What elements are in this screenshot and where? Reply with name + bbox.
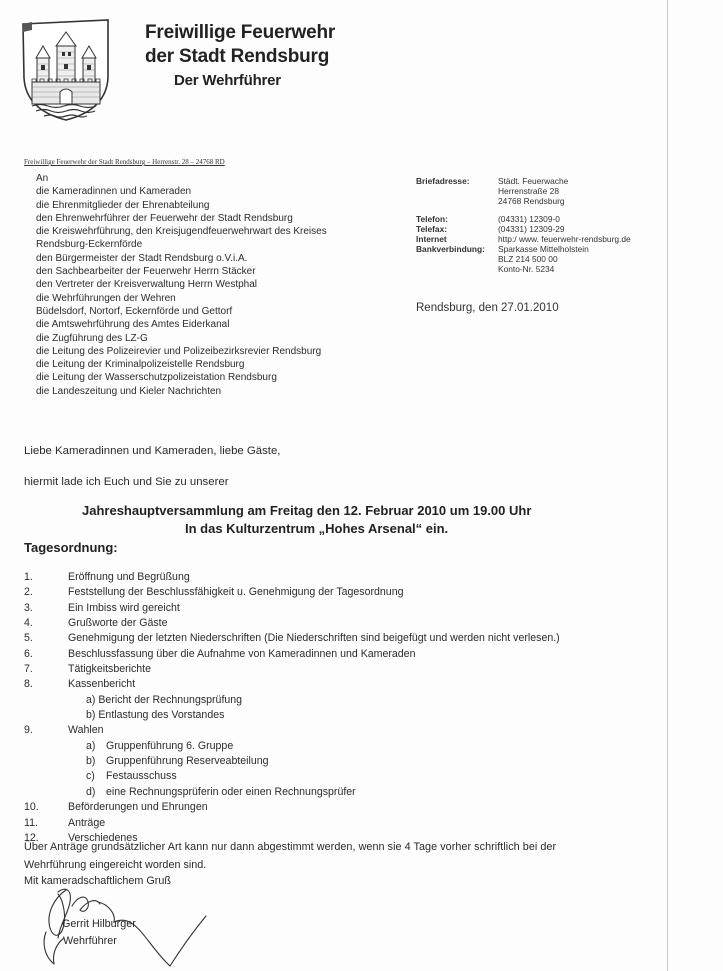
internet-link[interactable]: http:/ www. feuerwehr-rendsburg.de — [498, 234, 631, 244]
fax-value: (04331) 12309-29 — [498, 224, 565, 234]
recipient-line: die Leitung der Kriminalpolizeistelle Re… — [36, 358, 327, 371]
agenda-number: 3. — [24, 601, 68, 616]
agenda-subitem: b) Entlastung des Vorstandes — [24, 708, 560, 723]
recipient-line: An — [36, 172, 327, 185]
agenda-item: 10.Beförderungen und Ehrungen — [24, 800, 560, 815]
agenda-number: 5. — [24, 631, 68, 646]
note-line: Über Anträge grundsätzlicher Art kann nu… — [24, 841, 556, 853]
agenda-number: 11. — [24, 816, 68, 831]
recipient-line: die Zugführung des LZ-G — [36, 332, 327, 345]
bank-line: BLZ 214 500 00 — [498, 254, 558, 264]
contact-info: Briefadresse:Städt. Feuerwache Herrenstr… — [416, 176, 631, 274]
phone-label: Telefon: — [416, 214, 498, 224]
agenda-text: Wahlen — [68, 723, 104, 738]
invitation-text: hiermit lade ich Euch und Sie zu unserer — [24, 476, 229, 488]
agenda-item: 4.Grußworte der Gäste — [24, 616, 560, 631]
agenda-number: 1. — [24, 570, 68, 585]
agenda-text: Eröffnung und Begrüßung — [68, 570, 190, 585]
address-line: Herrenstraße 28 — [498, 186, 559, 196]
subitem-text: eine Rechnungsprüferin oder einen Rechnu… — [106, 786, 356, 798]
agenda-number: 7. — [24, 662, 68, 677]
recipient-line: Rendsburg-Eckernförde — [36, 238, 327, 251]
agenda-number: 4. — [24, 616, 68, 631]
recipient-line: Büdelsdorf, Nortorf, Eckernförde und Get… — [36, 305, 327, 318]
agenda-subitem: d)eine Rechnungsprüferin oder einen Rech… — [24, 785, 560, 800]
letterhead-title: Freiwillige Feuerwehr — [145, 22, 335, 44]
signer-name: Gerrit Hilburger — [62, 918, 136, 930]
recipient-line: den Ehrenwehrführer der Feuerwehr der St… — [36, 212, 327, 225]
agenda-item: 7.Tätigkeitsberichte — [24, 662, 560, 677]
note-line: Wehrführung eingereicht worden sind. — [24, 859, 206, 871]
event-heading: Jahreshauptversammlung am Freitag den 12… — [82, 503, 531, 518]
bank-line: Konto-Nr. 5234 — [498, 264, 554, 274]
agenda-text: Feststellung der Beschlussfähigkeit u. G… — [68, 585, 403, 600]
fax-label: Telefax: — [416, 224, 498, 234]
agenda-subitem: a) Bericht der Rechnungsprüfung — [24, 693, 560, 708]
recipient-line: die Leitung des Polizeirevier und Polize… — [36, 345, 327, 358]
agenda-text: Beschlussfassung über die Aufnahme von K… — [68, 647, 415, 662]
agenda-text: Beförderungen und Ehrungen — [68, 800, 208, 815]
agenda-subitem: c)Festausschuss — [24, 769, 560, 784]
agenda-item: 5.Genehmigung der letzten Niederschrifte… — [24, 631, 560, 646]
agenda-text: Ein Imbiss wird gereicht — [68, 601, 180, 616]
letterhead-subtitle: der Stadt Rendsburg — [145, 46, 329, 68]
recipient-line: die Wehrführungen der Wehren — [36, 292, 327, 305]
agenda-item: 1.Eröffnung und Begrüßung — [24, 570, 560, 585]
agenda-subitem: a)Gruppenführung 6. Gruppe — [24, 739, 560, 754]
recipient-line: die Leitung der Wasserschutzpolizeistati… — [36, 371, 327, 384]
agenda-number: 9. — [24, 723, 68, 738]
bank-line: Sparkasse Mittelholstein — [498, 244, 589, 254]
subitem-marker: c) — [86, 769, 106, 784]
agenda-number: 8. — [24, 677, 68, 692]
subitem-marker: b) — [86, 754, 106, 769]
recipient-line: den Vertreter der Kreisverwaltung Herrn … — [36, 278, 327, 291]
recipient-line: die Landeszeitung und Kieler Nachrichten — [36, 385, 327, 398]
agenda-text: Genehmigung der letzten Niederschriften … — [68, 631, 560, 646]
agenda-subitem: b)Gruppenführung Reserveabteilung — [24, 754, 560, 769]
subitem-marker: d) — [86, 785, 106, 800]
agenda-text: Kassenbericht — [68, 677, 135, 692]
agenda-number: 6. — [24, 647, 68, 662]
agenda-item: 8.Kassenbericht — [24, 677, 560, 692]
address-label: Briefadresse: — [416, 176, 498, 186]
agenda-item: 3.Ein Imbiss wird gereicht — [24, 601, 560, 616]
letter-date: Rendsburg, den 27.01.2010 — [416, 302, 559, 314]
recipient-line: den Sachbearbeiter der Feuerwehr Herrn S… — [36, 265, 327, 278]
recipient-line: die Kreiswehrführung, den Kreisjugendfeu… — [36, 225, 327, 238]
agenda-list: 1.Eröffnung und Begrüßung 2.Feststellung… — [24, 570, 560, 846]
internet-label: Internet — [416, 234, 498, 244]
agenda-item: 11.Anträge — [24, 816, 560, 831]
subitem-text: Gruppenführung 6. Gruppe — [106, 740, 233, 752]
agenda-text: Anträge — [68, 816, 105, 831]
subitem-text: Gruppenführung Reserveabteilung — [106, 755, 269, 767]
recipient-line: die Ehrenmitglieder der Ehrenabteilung — [36, 199, 327, 212]
signer-title: Wehrführer — [63, 935, 117, 947]
agenda-item: 9.Wahlen — [24, 723, 560, 738]
recipient-list: An die Kameradinnen und Kameraden die Eh… — [36, 172, 327, 398]
agenda-number: 10. — [24, 800, 68, 815]
recipient-line: den Bürgermeister der Stadt Rendsburg o.… — [36, 252, 327, 265]
subitem-marker: a) — [86, 739, 106, 754]
letterhead-role: Der Wehrführer — [174, 72, 281, 89]
agenda-item: 2.Feststellung der Beschlussfähigkeit u.… — [24, 585, 560, 600]
agenda-text: Tätigkeitsberichte — [68, 662, 151, 677]
recipient-line: die Amtswehrführung des Amtes Eiderkanal — [36, 318, 327, 331]
agenda-title: Tagesordnung: — [24, 540, 118, 555]
return-address: Freiwillige Feuerwehr der Stadt Rendsbur… — [24, 158, 225, 166]
recipient-line: die Kameradinnen und Kameraden — [36, 185, 327, 198]
agenda-item: 6.Beschlussfassung über die Aufnahme von… — [24, 647, 560, 662]
event-location: In das Kulturzentrum „Hohes Arsenal“ ein… — [185, 521, 448, 536]
agenda-number: 2. — [24, 585, 68, 600]
subitem-text: Festausschuss — [106, 770, 177, 782]
address-line: 24768 Rendsburg — [498, 196, 565, 206]
address-line: Städt. Feuerwache — [498, 176, 568, 186]
page-edge — [667, 0, 668, 971]
agenda-text: Grußworte der Gäste — [68, 616, 168, 631]
coat-of-arms-castle-icon — [20, 18, 112, 122]
phone-value: (04331) 12309-0 — [498, 214, 560, 224]
greeting: Liebe Kameradinnen und Kameraden, liebe … — [24, 445, 280, 457]
bank-label: Bankverbindung: — [416, 244, 498, 254]
